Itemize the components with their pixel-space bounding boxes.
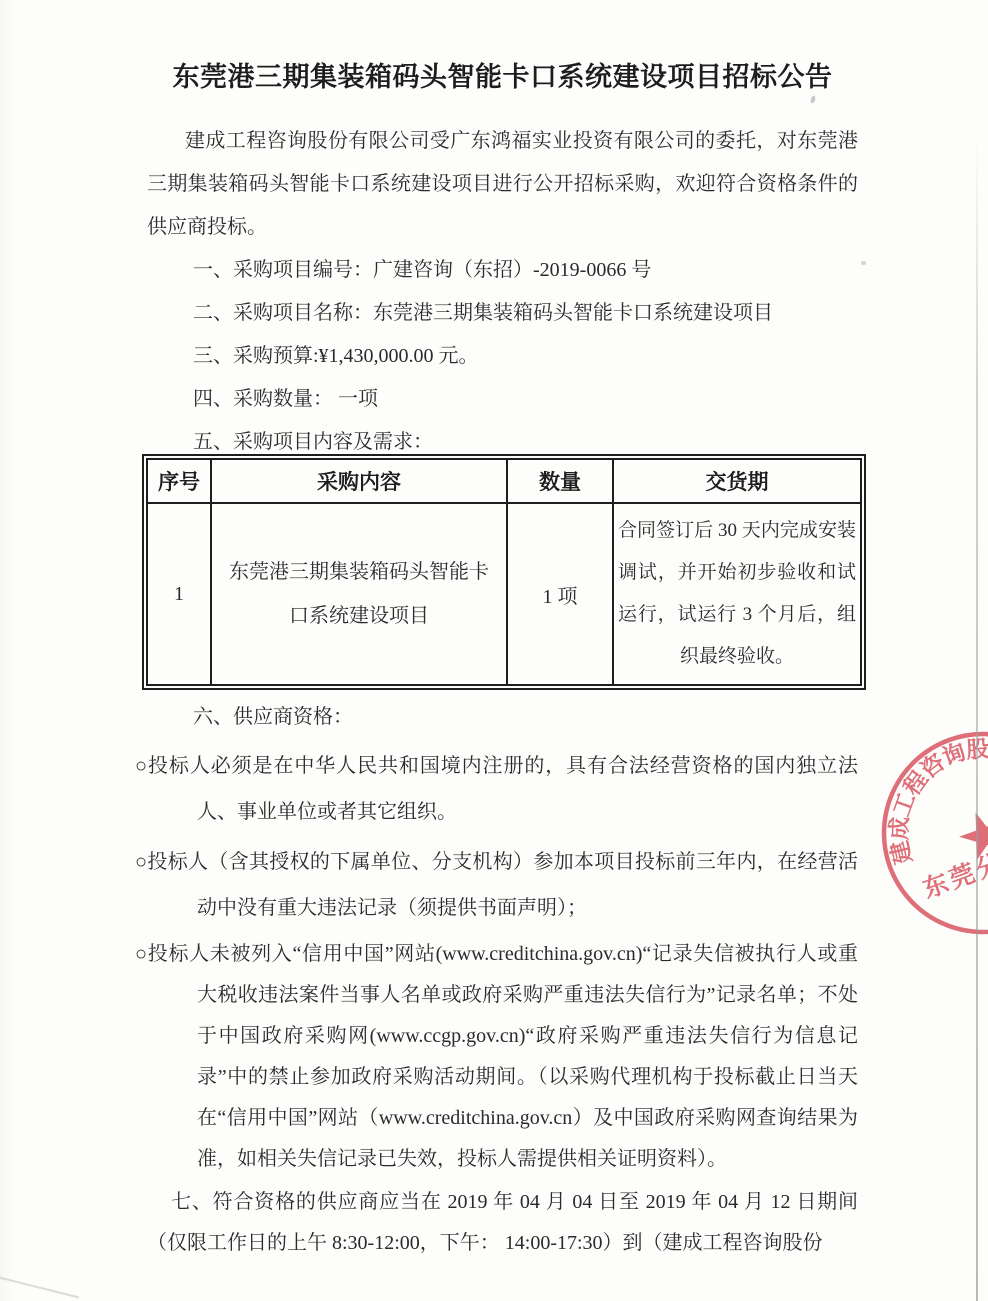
company-seal-stamp: 建成工程咨询股份 ★ 东莞分 [848,698,988,968]
circle-bullet-icon: ○ [135,755,148,777]
qualification-text-1: 投标人必须是在中华人民共和国境内注册的，具有合法经营资格的国内独立法人、事业单位… [148,755,858,823]
clause-4-quantity: 四、采购数量： 一项 [147,378,858,421]
scan-speck [861,261,866,265]
intro-paragraph: 建成工程咨询股份有限公司受广东鸿福实业投资有限公司的委托，对东莞港三期集装箱码头… [147,120,858,249]
table-header-row: 序号 采购内容 数量 交货期 [148,460,860,504]
clause-6-supplier-qualification: 六、供应商资格： [147,696,858,739]
cell-seq: 1 [148,504,210,684]
circle-bullet-icon: ○ [135,851,147,873]
clause-2-project-name: 二、采购项目名称：东莞港三期集装箱码头智能卡口系统建设项目 [147,292,858,335]
page-edge-scan-line [976,135,978,1301]
document-body: 东莞港三期集装箱码头智能卡口系统建设项目招标公告 建成工程咨询股份有限公司受广东… [0,0,988,1264]
clause-7-registration-period: 七、符合资格的供应商应当在 2019 年 04 月 04 日至 2019 年 0… [147,1182,858,1264]
clause-1-project-number: 一、采购项目编号：广建咨询（东招）-2019-0066 号 [147,249,858,292]
qualification-text-2: 投标人（含其授权的下属单位、分支机构）参加本项目投标前三年内，在经营活动中没有重… [147,851,858,919]
cell-qty: 1 项 [506,504,612,684]
page-title: 东莞港三期集装箱码头智能卡口系统建设项目招标公告 [147,56,858,98]
procurement-table: 序号 采购内容 数量 交货期 1 东莞港三期集装箱码头智能卡口系统建设项目 1 … [142,454,866,690]
header-qty: 数量 [506,460,612,504]
scanned-document-page: 东莞港三期集装箱码头智能卡口系统建设项目招标公告 建成工程咨询股份有限公司受广东… [0,0,988,1301]
clause-3-budget: 三、采购预算:¥1,430,000.00 元。 [147,335,858,378]
corner-scan-streak [0,1276,79,1299]
qualification-bullet-1: ○投标人必须是在中华人民共和国境内注册的，具有合法经营资格的国内独立法人、事业单… [135,743,858,835]
header-seq: 序号 [148,460,210,504]
header-delivery: 交货期 [612,460,860,504]
header-content: 采购内容 [210,460,506,504]
qualification-text-3: 投标人未被列入“信用中国”网站(www.creditchina.gov.cn)“… [148,943,858,1170]
cell-delivery: 合同签订后 30 天内完成安装调试，并开始初步验收和试运行，试运行 3 个月后，… [612,504,860,684]
table-row: 1 东莞港三期集装箱码头智能卡口系统建设项目 1 项 合同签订后 30 天内完成… [148,504,860,684]
qualification-bullet-3: ○投标人未被列入“信用中国”网站(www.creditchina.gov.cn)… [135,934,858,1180]
circle-bullet-icon: ○ [135,943,148,965]
cell-content: 东莞港三期集装箱码头智能卡口系统建设项目 [210,504,506,684]
qualification-bullet-2: ○投标人（含其授权的下属单位、分支机构）参加本项目投标前三年内，在经营活动中没有… [135,839,858,931]
